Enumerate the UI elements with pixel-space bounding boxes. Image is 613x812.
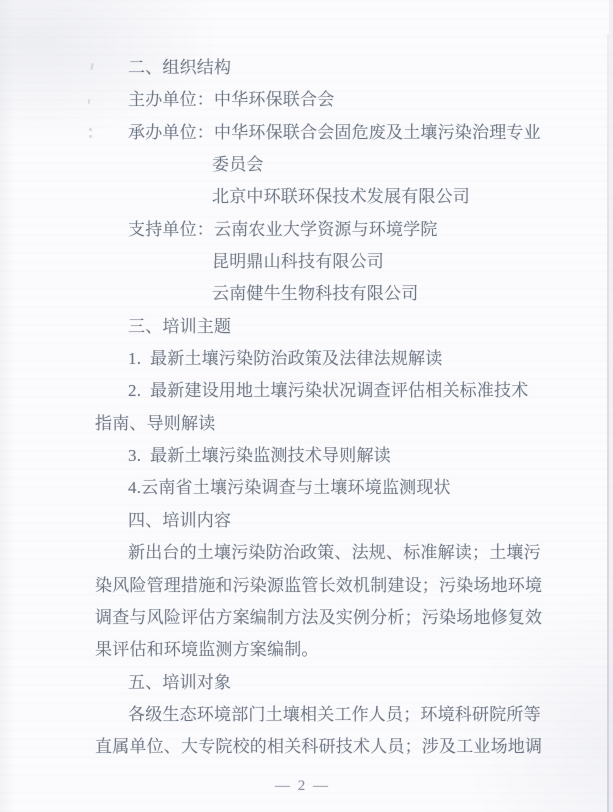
doc-line: 委员会 [95,149,543,181]
doc-line: 三、培训主题 [95,311,543,343]
doc-line: 五、培训对象 [95,667,543,699]
doc-line: 昆明鼎山科技有限公司 [95,246,543,278]
scan-speck [89,128,92,131]
doc-line: 直属单位、大专院校的相关科研技术人员；涉及工业场地调 [95,731,543,763]
scan-speck [88,99,91,104]
doc-line: 2. 最新建设用地土壤污染状况调查评估相关标准技术 [95,375,543,407]
scan-right-edge-line [607,34,609,812]
doc-line: 云南健牛生物科技有限公司 [95,278,543,310]
doc-line: 二、组织结构 [95,52,543,84]
doc-line: 新出台的土壤污染防治政策、法规、标准解读；土壤污 [95,537,543,569]
doc-line: 各级生态环境部门土壤相关工作人员；环境科研院所等 [95,699,543,731]
scan-speck [90,63,94,70]
doc-line: 支持单位：云南农业大学资源与环境学院 [95,214,543,246]
doc-line: 承办单位：中华环保联合会固危废及土壤污染治理专业 [95,117,543,149]
document-body: 二、组织结构主办单位：中华环保联合会承办单位：中华环保联合会固危废及土壤污染治理… [95,52,543,764]
doc-line: 染风险管理措施和污染源监管长效机制建设；污染场地环境 [95,570,543,602]
scanned-document-page: 二、组织结构主办单位：中华环保联合会承办单位：中华环保联合会固危废及土壤污染治理… [0,0,613,812]
doc-line: 四、培训内容 [95,505,543,537]
doc-line: 主办单位：中华环保联合会 [95,84,543,116]
doc-line: 4.云南省土壤污染调查与土壤环境监测现状 [95,472,543,504]
doc-line: 指南、导则解读 [95,408,543,440]
doc-line: 果评估和环境监测方案编制。 [95,634,543,666]
doc-line: 3. 最新土壤污染监测技术导则解读 [95,440,543,472]
doc-line: 调查与风险评估方案编制方法及实例分析；污染场地修复效 [95,602,543,634]
page-number: — 2 — [0,778,605,795]
doc-line: 1. 最新土壤污染防治政策及法律法规解读 [95,343,543,375]
scan-right-edge-band [609,0,613,812]
doc-line: 北京中环联环保技术发展有限公司 [95,181,543,213]
